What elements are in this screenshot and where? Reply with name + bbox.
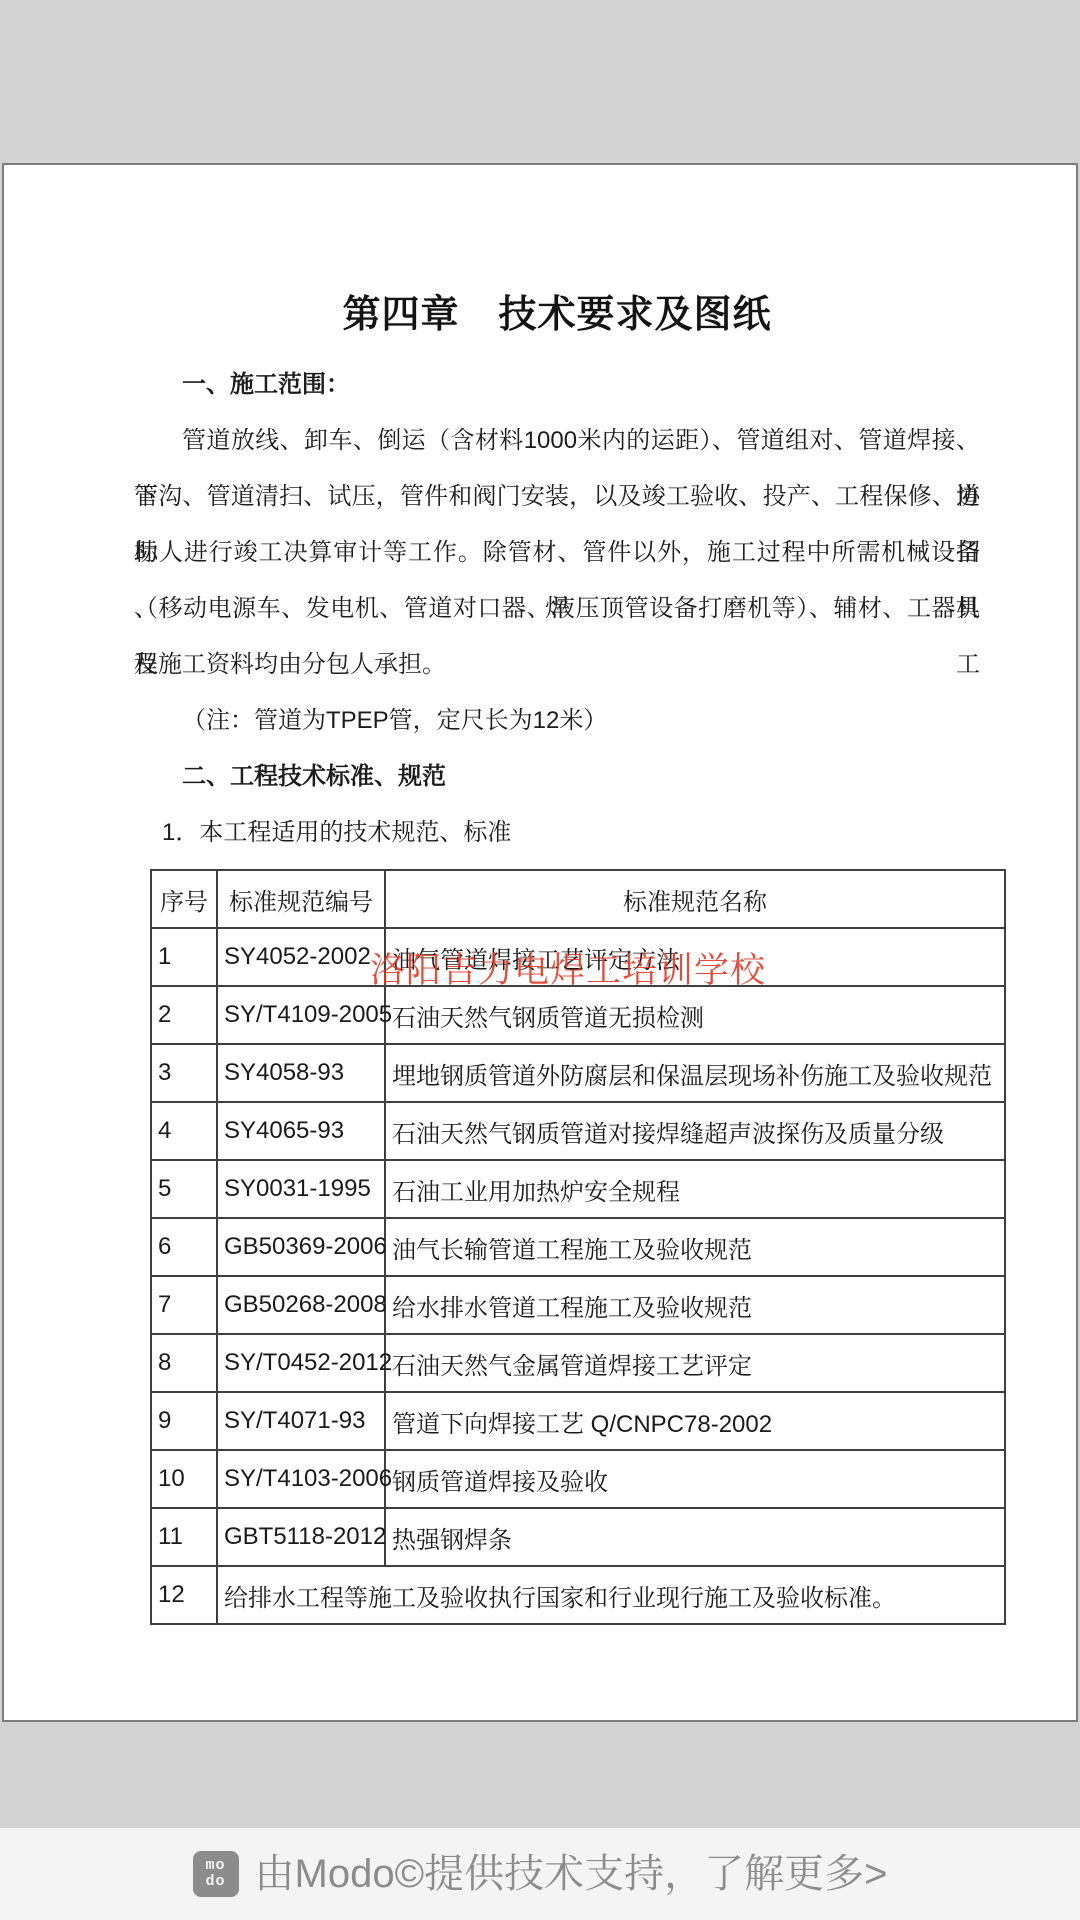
paragraph-line: 下沟、管道清扫、试压，管件和阀门安装，以及竣工验收、投产、工程保修、协助招 <box>134 469 980 525</box>
paragraph-line: 标人进行竣工决算审计等工作。除管材、管件以外，施工过程中所需机械设备（焊机 <box>134 525 980 581</box>
cell-code: SY0031-1995 <box>217 1160 385 1218</box>
cell-merged-name: 给排水工程等施工及验收执行国家和行业现行施工及验收标准。 <box>217 1566 1005 1624</box>
table-row: 6 GB50369-2006 油气长输管道工程施工及验收规范 <box>151 1218 1005 1276</box>
cell-no: 9 <box>151 1392 217 1450</box>
chapter-title: 第四章 技术要求及图纸 <box>134 291 980 339</box>
cell-no: 8 <box>151 1334 217 1392</box>
section2-heading: 二、工程技术标准、规范 <box>134 749 980 805</box>
document-content: 第四章 技术要求及图纸 一、施工范围： 管道放线、卸车、倒运（含材料1000米内… <box>4 165 1076 1625</box>
cell-code: SY/T4103-2006 <box>217 1450 385 1508</box>
cell-no: 3 <box>151 1044 217 1102</box>
cell-code: SY4058-93 <box>217 1044 385 1102</box>
cell-name: 石油天然气钢质管道对接焊缝超声波探伤及质量分级 <box>385 1102 1005 1160</box>
cell-code: SY/T4071-93 <box>217 1392 385 1450</box>
table-row: 5 SY0031-1995 石油工业用加热炉安全规程 <box>151 1160 1005 1218</box>
cell-name: 埋地钢质管道外防腐层和保温层现场补伤施工及验收规范 <box>385 1044 1005 1102</box>
cell-no: 1 <box>151 928 217 986</box>
cell-name: 油气长输管道工程施工及验收规范 <box>385 1218 1005 1276</box>
footer-link[interactable]: 由Modo©提供技术支持，了解更多> <box>255 1828 888 1920</box>
cell-name: 石油天然气金属管道焊接工艺评定 <box>385 1334 1005 1392</box>
cell-name: 油气管道焊接工艺评定方法 洛阳吉力电焊工培训学校 <box>385 928 1005 986</box>
document-page[interactable]: 第四章 技术要求及图纸 一、施工范围： 管道放线、卸车、倒运（含材料1000米内… <box>2 163 1078 1722</box>
header-code: 标准规范编号 <box>217 870 385 928</box>
modo-logo-line2: do <box>206 1874 226 1890</box>
paragraph-line: 、移动电源车、发电机、管道对口器、液压顶管设备打磨机等）、辅材、工器具及工 <box>134 581 980 637</box>
body-text: 一、施工范围： 管道放线、卸车、倒运（含材料1000米内的运距）、管道组对、管道… <box>134 357 980 861</box>
cell-no: 6 <box>151 1218 217 1276</box>
cell-no: 12 <box>151 1566 217 1624</box>
cell-no: 7 <box>151 1276 217 1334</box>
cell-code: SY4065-93 <box>217 1102 385 1160</box>
cell-name: 管道下向焊接工艺 Q/CNPC78-2002 <box>385 1392 1005 1450</box>
header-name: 标准规范名称 <box>385 870 1005 928</box>
cell-code: SY4052-2002 <box>217 928 385 986</box>
cell-code: GB50268-2008 <box>217 1276 385 1334</box>
table-row: 12 给排水工程等施工及验收执行国家和行业现行施工及验收标准。 <box>151 1566 1005 1624</box>
paragraph-line: 管道放线、卸车、倒运（含材料1000米内的运距）、管道组对、管道焊接、管道 <box>134 413 980 469</box>
cell-name: 给水排水管道工程施工及验收规范 <box>385 1276 1005 1334</box>
standards-table: 序号 标准规范编号 标准规范名称 1 SY4052-2002 油气管道焊接工艺评… <box>150 869 1006 1625</box>
cell-name: 热强钢焊条 <box>385 1508 1005 1566</box>
cell-code: GBT5118-2012 <box>217 1508 385 1566</box>
table-row: 9 SY/T4071-93 管道下向焊接工艺 Q/CNPC78-2002 <box>151 1392 1005 1450</box>
cell-no: 4 <box>151 1102 217 1160</box>
table-row: 7 GB50268-2008 给水排水管道工程施工及验收规范 <box>151 1276 1005 1334</box>
table-row: 4 SY4065-93 石油天然气钢质管道对接焊缝超声波探伤及质量分级 <box>151 1102 1005 1160</box>
standard-name: 油气管道焊接工艺评定方法 <box>392 947 680 974</box>
cell-name: 石油天然气钢质管道无损检测 <box>385 986 1005 1044</box>
cell-no: 10 <box>151 1450 217 1508</box>
table-row: 1 SY4052-2002 油气管道焊接工艺评定方法 洛阳吉力电焊工培训学校 <box>151 928 1005 986</box>
cell-no: 11 <box>151 1508 217 1566</box>
footer-bar[interactable]: mo do 由Modo©提供技术支持，了解更多> <box>0 1828 1080 1920</box>
modo-logo-line1: mo <box>206 1858 226 1874</box>
cell-code: SY/T0452-2012 <box>217 1334 385 1392</box>
section1-heading: 一、施工范围： <box>134 357 980 413</box>
sub-heading: 1．本工程适用的技术规范、标准 <box>134 805 980 861</box>
table-row: 3 SY4058-93 埋地钢质管道外防腐层和保温层现场补伤施工及验收规范 <box>151 1044 1005 1102</box>
cell-name: 石油工业用加热炉安全规程 <box>385 1160 1005 1218</box>
table-row: 11 GBT5118-2012 热强钢焊条 <box>151 1508 1005 1566</box>
cell-no: 2 <box>151 986 217 1044</box>
note-line: （注：管道为TPEP管，定尺长为12米） <box>134 693 980 749</box>
table-row: 10 SY/T4103-2006 钢质管道焊接及验收 <box>151 1450 1005 1508</box>
header-no: 序号 <box>151 870 217 928</box>
modo-logo-icon: mo do <box>193 1851 239 1897</box>
cell-code: GB50369-2006 <box>217 1218 385 1276</box>
cell-code: SY/T4109-2005 <box>217 986 385 1044</box>
table-row: 2 SY/T4109-2005 石油天然气钢质管道无损检测 <box>151 986 1005 1044</box>
table-row: 8 SY/T0452-2012 石油天然气金属管道焊接工艺评定 <box>151 1334 1005 1392</box>
cell-name: 钢质管道焊接及验收 <box>385 1450 1005 1508</box>
table-header-row: 序号 标准规范编号 标准规范名称 <box>151 870 1005 928</box>
cell-no: 5 <box>151 1160 217 1218</box>
